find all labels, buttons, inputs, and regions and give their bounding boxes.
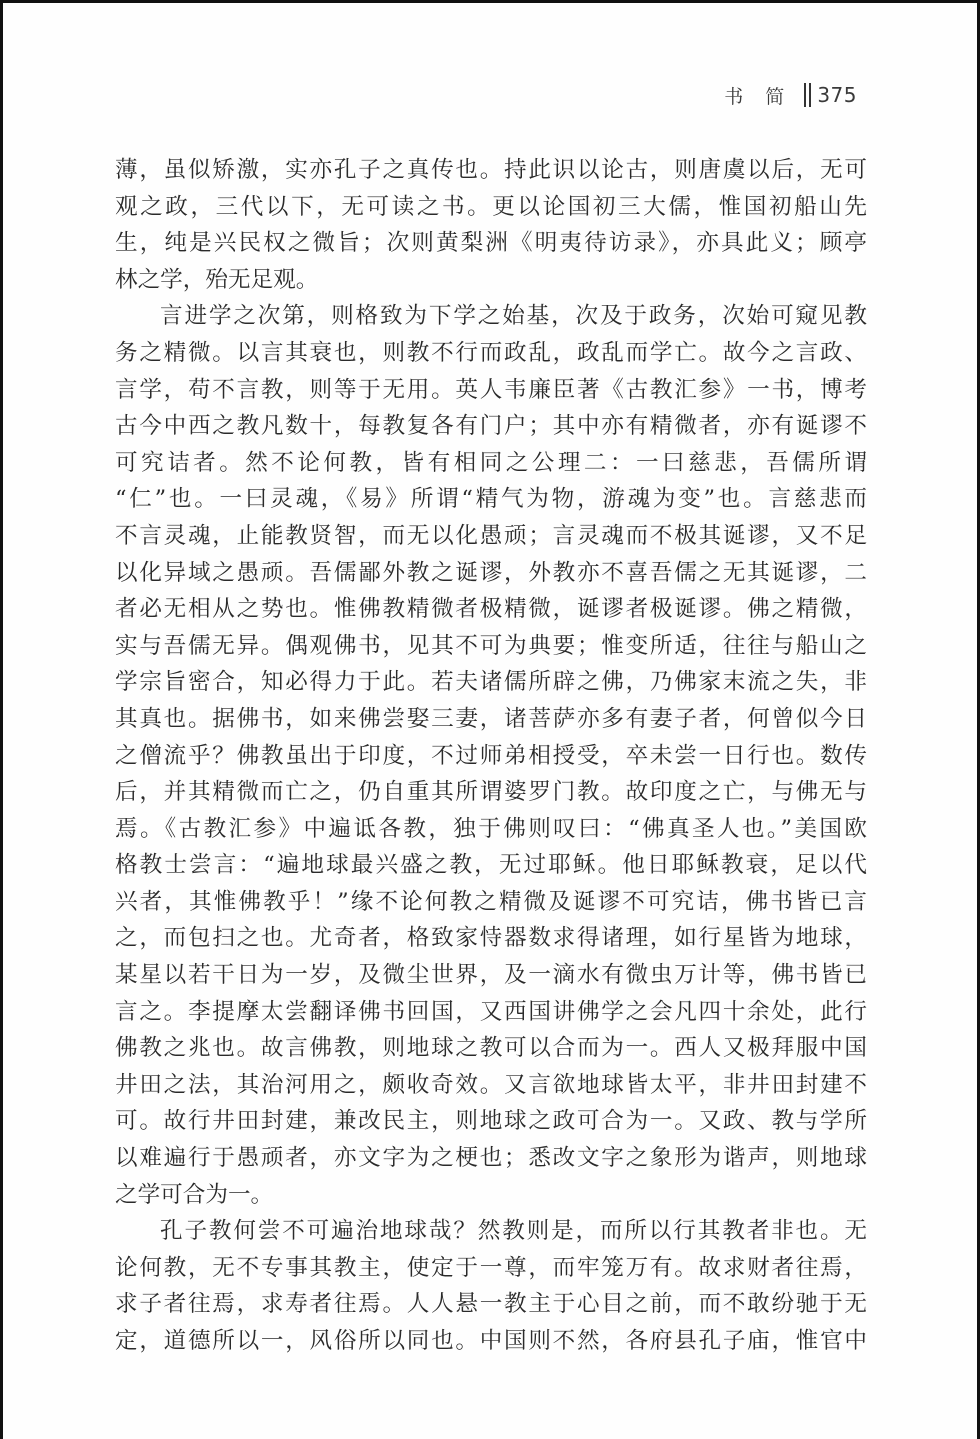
text-line: 者必无相从之势也。惟佛教精微者极精微，诞谬者极诞谬。佛之精微， bbox=[115, 591, 867, 628]
text-line: 定，道德所以一，风俗所以同也。中国则不然，各府县孔子庙，惟官中 bbox=[115, 1323, 867, 1360]
book-page: 书简 375 薄，虽似矫激，实亦孔子之真传也。持此识以论古，则唐虞以后，无可观之… bbox=[0, 0, 980, 1439]
text-line: 其真也。据佛书，如来佛尝娶三妻，诸菩萨亦多有妻子者，何曾似今日 bbox=[115, 701, 867, 738]
text-line: 井田之法，其治河用之，颇收奇效。又言欲地球皆太平，非井田封建不 bbox=[115, 1067, 867, 1104]
text-line: “仁”也。一曰灵魂，《易》所谓“精气为物，游魂为变”也。言慈悲而 bbox=[115, 481, 867, 518]
running-header: 书简 375 bbox=[724, 81, 857, 109]
paragraph-first-line: 孔子教何尝不可遍治地球哉？然教则是，而所以行其教者非也。无 bbox=[115, 1213, 867, 1250]
text-line: 某星以若干日为一岁，及微尘世界，及一滴水有微虫万计等，佛书皆已 bbox=[115, 957, 867, 994]
text-line: 之学可合为一。 bbox=[115, 1177, 867, 1214]
text-line: 佛教之兆也。故言佛教，则地球之教可以合而为一。西人又极拜服中国 bbox=[115, 1030, 867, 1067]
text-line: 以化异域之愚顽。吾儒鄙外教之诞谬，外教亦不喜吾儒之无其诞谬，二 bbox=[115, 555, 867, 592]
text-line: 生，纯是兴民权之微旨；次则黄梨洲《明夷待访录》，亦具此义；顾亭 bbox=[115, 225, 867, 262]
text-line: 实与吾儒无异。偶观佛书，见其不可为典要；惟变所适，往往与船山之 bbox=[115, 628, 867, 665]
header-title: 书简 bbox=[724, 82, 806, 109]
text-line: 后，并其精微而亡之，仍自重其所谓婆罗门教。故印度之亡，与佛无与 bbox=[115, 774, 867, 811]
text-line: 论何教，无不专事其教主，使定于一尊，而牢笼万有。故求财者往焉， bbox=[115, 1250, 867, 1287]
text-line: 之，而包扫之也。尤奇者，格致家恃器数求得诸理，如行星皆为地球， bbox=[115, 920, 867, 957]
text-line: 古今中西之教凡数十，每教复各有门户；其中亦有精微者，亦有诞谬不 bbox=[115, 408, 867, 445]
text-line: 薄，虽似矫激，实亦孔子之真传也。持此识以论古，则唐虞以后，无可 bbox=[115, 152, 867, 189]
text-line: 之僧流乎？佛教虽出于印度，不过师弟相授受，卒未尝一日行也。数传 bbox=[115, 738, 867, 775]
text-line: 务之精微。以言其衰也，则教不行而政乱，政乱而学亡。故今之言政、 bbox=[115, 335, 867, 372]
text-line: 求子者往焉，求寿者往焉。人人悬一教主于心目之前，而不敢纷驰于无 bbox=[115, 1286, 867, 1323]
text-line: 以难遍行于愚顽者，亦文字为之梗也；悉改文字之象形为谐声，则地球 bbox=[115, 1140, 867, 1177]
paragraph-first-line: 言进学之次第，则格致为下学之始基，次及于政务，次始可窥见教 bbox=[115, 298, 867, 335]
body-text: 薄，虽似矫激，实亦孔子之真传也。持此识以论古，则唐虞以后，无可观之政，三代以下，… bbox=[115, 152, 867, 1360]
text-line: 可。故行井田封建，兼改民主，则地球之政可合为一。又政、教与学所 bbox=[115, 1103, 867, 1140]
text-line: 可究诘者。然不论何教，皆有相同之公理二：一曰慈悲，吾儒所谓 bbox=[115, 445, 867, 482]
text-line: 格教士尝言：“遍地球最兴盛之教，无过耶稣。他日耶稣教衰，足以代 bbox=[115, 847, 867, 884]
text-line: 焉。《古教汇参》中遍诋各教，独于佛则叹曰：“佛真圣人也。”美国欧 bbox=[115, 811, 867, 848]
header-divider bbox=[804, 83, 811, 107]
page-number: 375 bbox=[817, 83, 857, 107]
text-line: 观之政，三代以下，无可读之书。更以论国初三大儒，惟国初船山先 bbox=[115, 189, 867, 226]
text-line: 言学，苟不言教，则等于无用。英人韦廉臣著《古教汇参》一书，博考 bbox=[115, 372, 867, 409]
text-line: 兴者，其惟佛教乎！”缘不论何教之精微及诞谬不可究诘，佛书皆已言 bbox=[115, 884, 867, 921]
text-line: 林之学，殆无足观。 bbox=[115, 262, 867, 299]
text-line: 学宗旨密合，知必得力于此。若夫诸儒所辟之佛，乃佛家末流之失，非 bbox=[115, 664, 867, 701]
text-line: 言之。李提摩太尝翻译佛书回国，又西国讲佛学之会凡四十余处，此行 bbox=[115, 994, 867, 1031]
text-line: 不言灵魂，止能教贤智，而无以化愚顽；言灵魂而不极其诞谬，又不足 bbox=[115, 518, 867, 555]
